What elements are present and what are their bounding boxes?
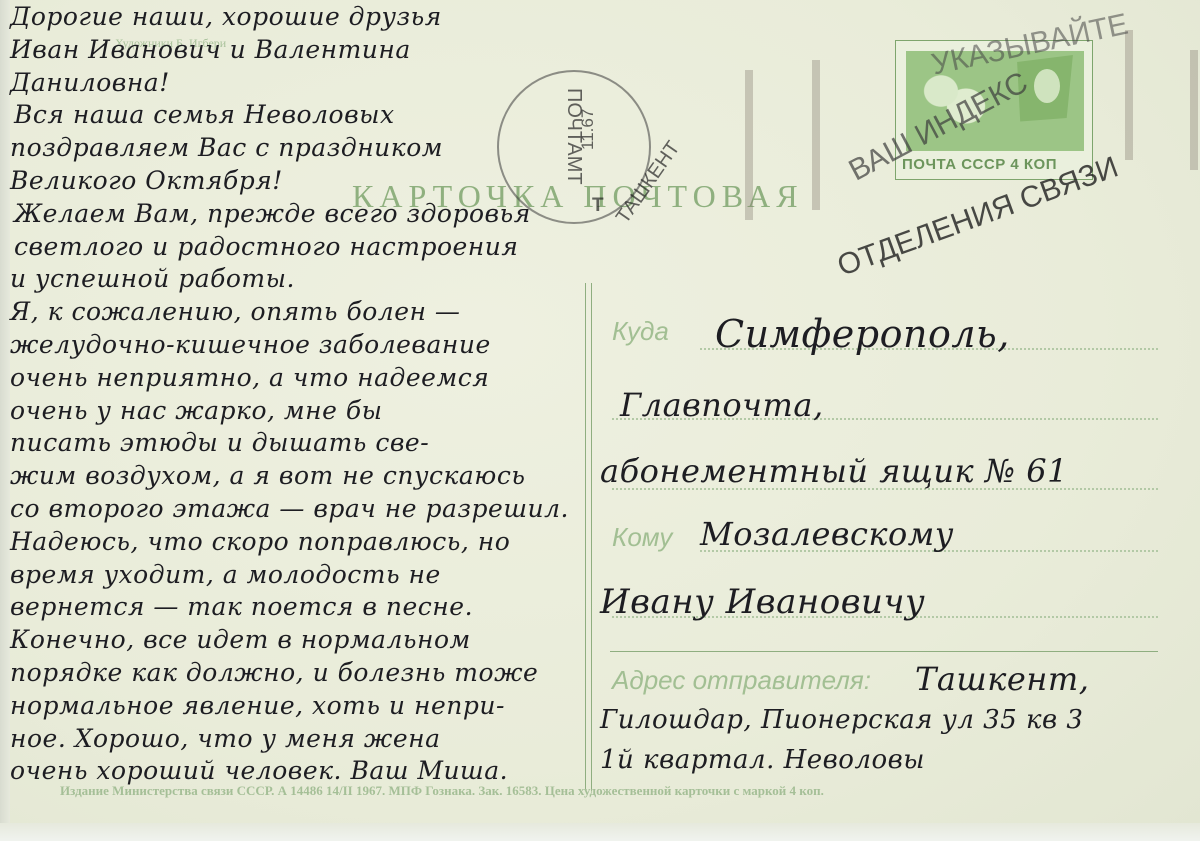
cancel-bar (1190, 50, 1198, 170)
letter-line: порядке как должно, и болезнь тоже (10, 658, 538, 687)
sender-street: Гилошдар, Пионерская ул 35 кв 3 (600, 705, 1083, 735)
letter-line: поздравляем Вас с праздником (10, 133, 443, 162)
postmark-date: 11.67 (578, 109, 598, 150)
to-whom-name: Ивану Ивановичу (600, 582, 925, 622)
letter-line: и успешной работы. (10, 264, 295, 293)
letter-line: желудочно-кишечное заболевание (10, 330, 491, 359)
cancel-bar (745, 70, 753, 220)
cancel-bar (812, 60, 820, 210)
letter-line: Вся наша семья Неволовых (14, 100, 395, 129)
to-where-city: Симферополь, (715, 312, 1010, 356)
label-to-where: Куда (612, 316, 669, 347)
lenin-profile-icon (1034, 69, 1060, 103)
postmark-letter: Т (592, 195, 604, 217)
letter-line: Конечно, все идет в нормальном (10, 625, 471, 654)
sender-city: Ташкент, (915, 660, 1089, 698)
to-where-post: Главпочта, (620, 386, 824, 424)
label-to-whom: Кому (612, 522, 672, 553)
letter-line: вернется — так поется в песне. (10, 592, 473, 621)
divider-line (585, 283, 586, 791)
letter-line: очень хороший человек. Ваш Миша. (10, 756, 508, 785)
letter-line: Даниловна! (10, 68, 170, 97)
letter-line: нормальное явление, хоть и непри- (10, 691, 505, 720)
letter-line: Желаем Вам, прежде всего здоровья (14, 199, 531, 228)
letter-line: светлого и радостного настроения (14, 232, 518, 261)
letter-line: Иван Иванович и Валентина (10, 35, 411, 64)
letter-line: писать этюды и дышать све- (10, 428, 429, 457)
letter-line: Я, к сожалению, опять болен — (10, 297, 460, 326)
letter-line: Дорогие наши, хорошие друзья (10, 2, 442, 31)
divider-line (591, 283, 592, 791)
letter-line: со второго этажа — врач не разрешил. (10, 494, 569, 523)
sender-block: 1й квартал. Неволовы (600, 745, 925, 775)
letter-line: очень у нас жарко, мне бы (10, 396, 382, 425)
label-sender: Адрес отправителя: (612, 665, 871, 696)
publisher-imprint: Издание Министерства связи СССР. А 14486… (60, 783, 824, 799)
sender-divider (610, 651, 1158, 652)
scan-edge-left (0, 0, 10, 841)
letter-line: ное. Хорошо, что у меня жена (10, 724, 441, 753)
stamp-label: ПОЧТА СССР 4 КОП (902, 156, 1057, 173)
scan-edge-bottom (0, 823, 1200, 841)
letter-line: очень неприятно, а что надеемся (10, 363, 489, 392)
letter-line: Великого Октября! (10, 166, 283, 195)
postcard: Художники Б. Игбери КАРТОЧКА ПОЧТОВАЯ ПО… (0, 0, 1200, 841)
to-where-box: абонементный ящик № 61 (600, 452, 1068, 490)
letter-line: Надеюсь, что скоро поправлюсь, но (10, 527, 510, 556)
cancel-bar (1125, 30, 1133, 160)
letter-line: жим воздухом, а я вот не спускаюсь (10, 461, 525, 490)
to-whom-surname: Мозалевскому (700, 515, 954, 553)
letter-line: время уходит, а молодость не (10, 560, 441, 589)
